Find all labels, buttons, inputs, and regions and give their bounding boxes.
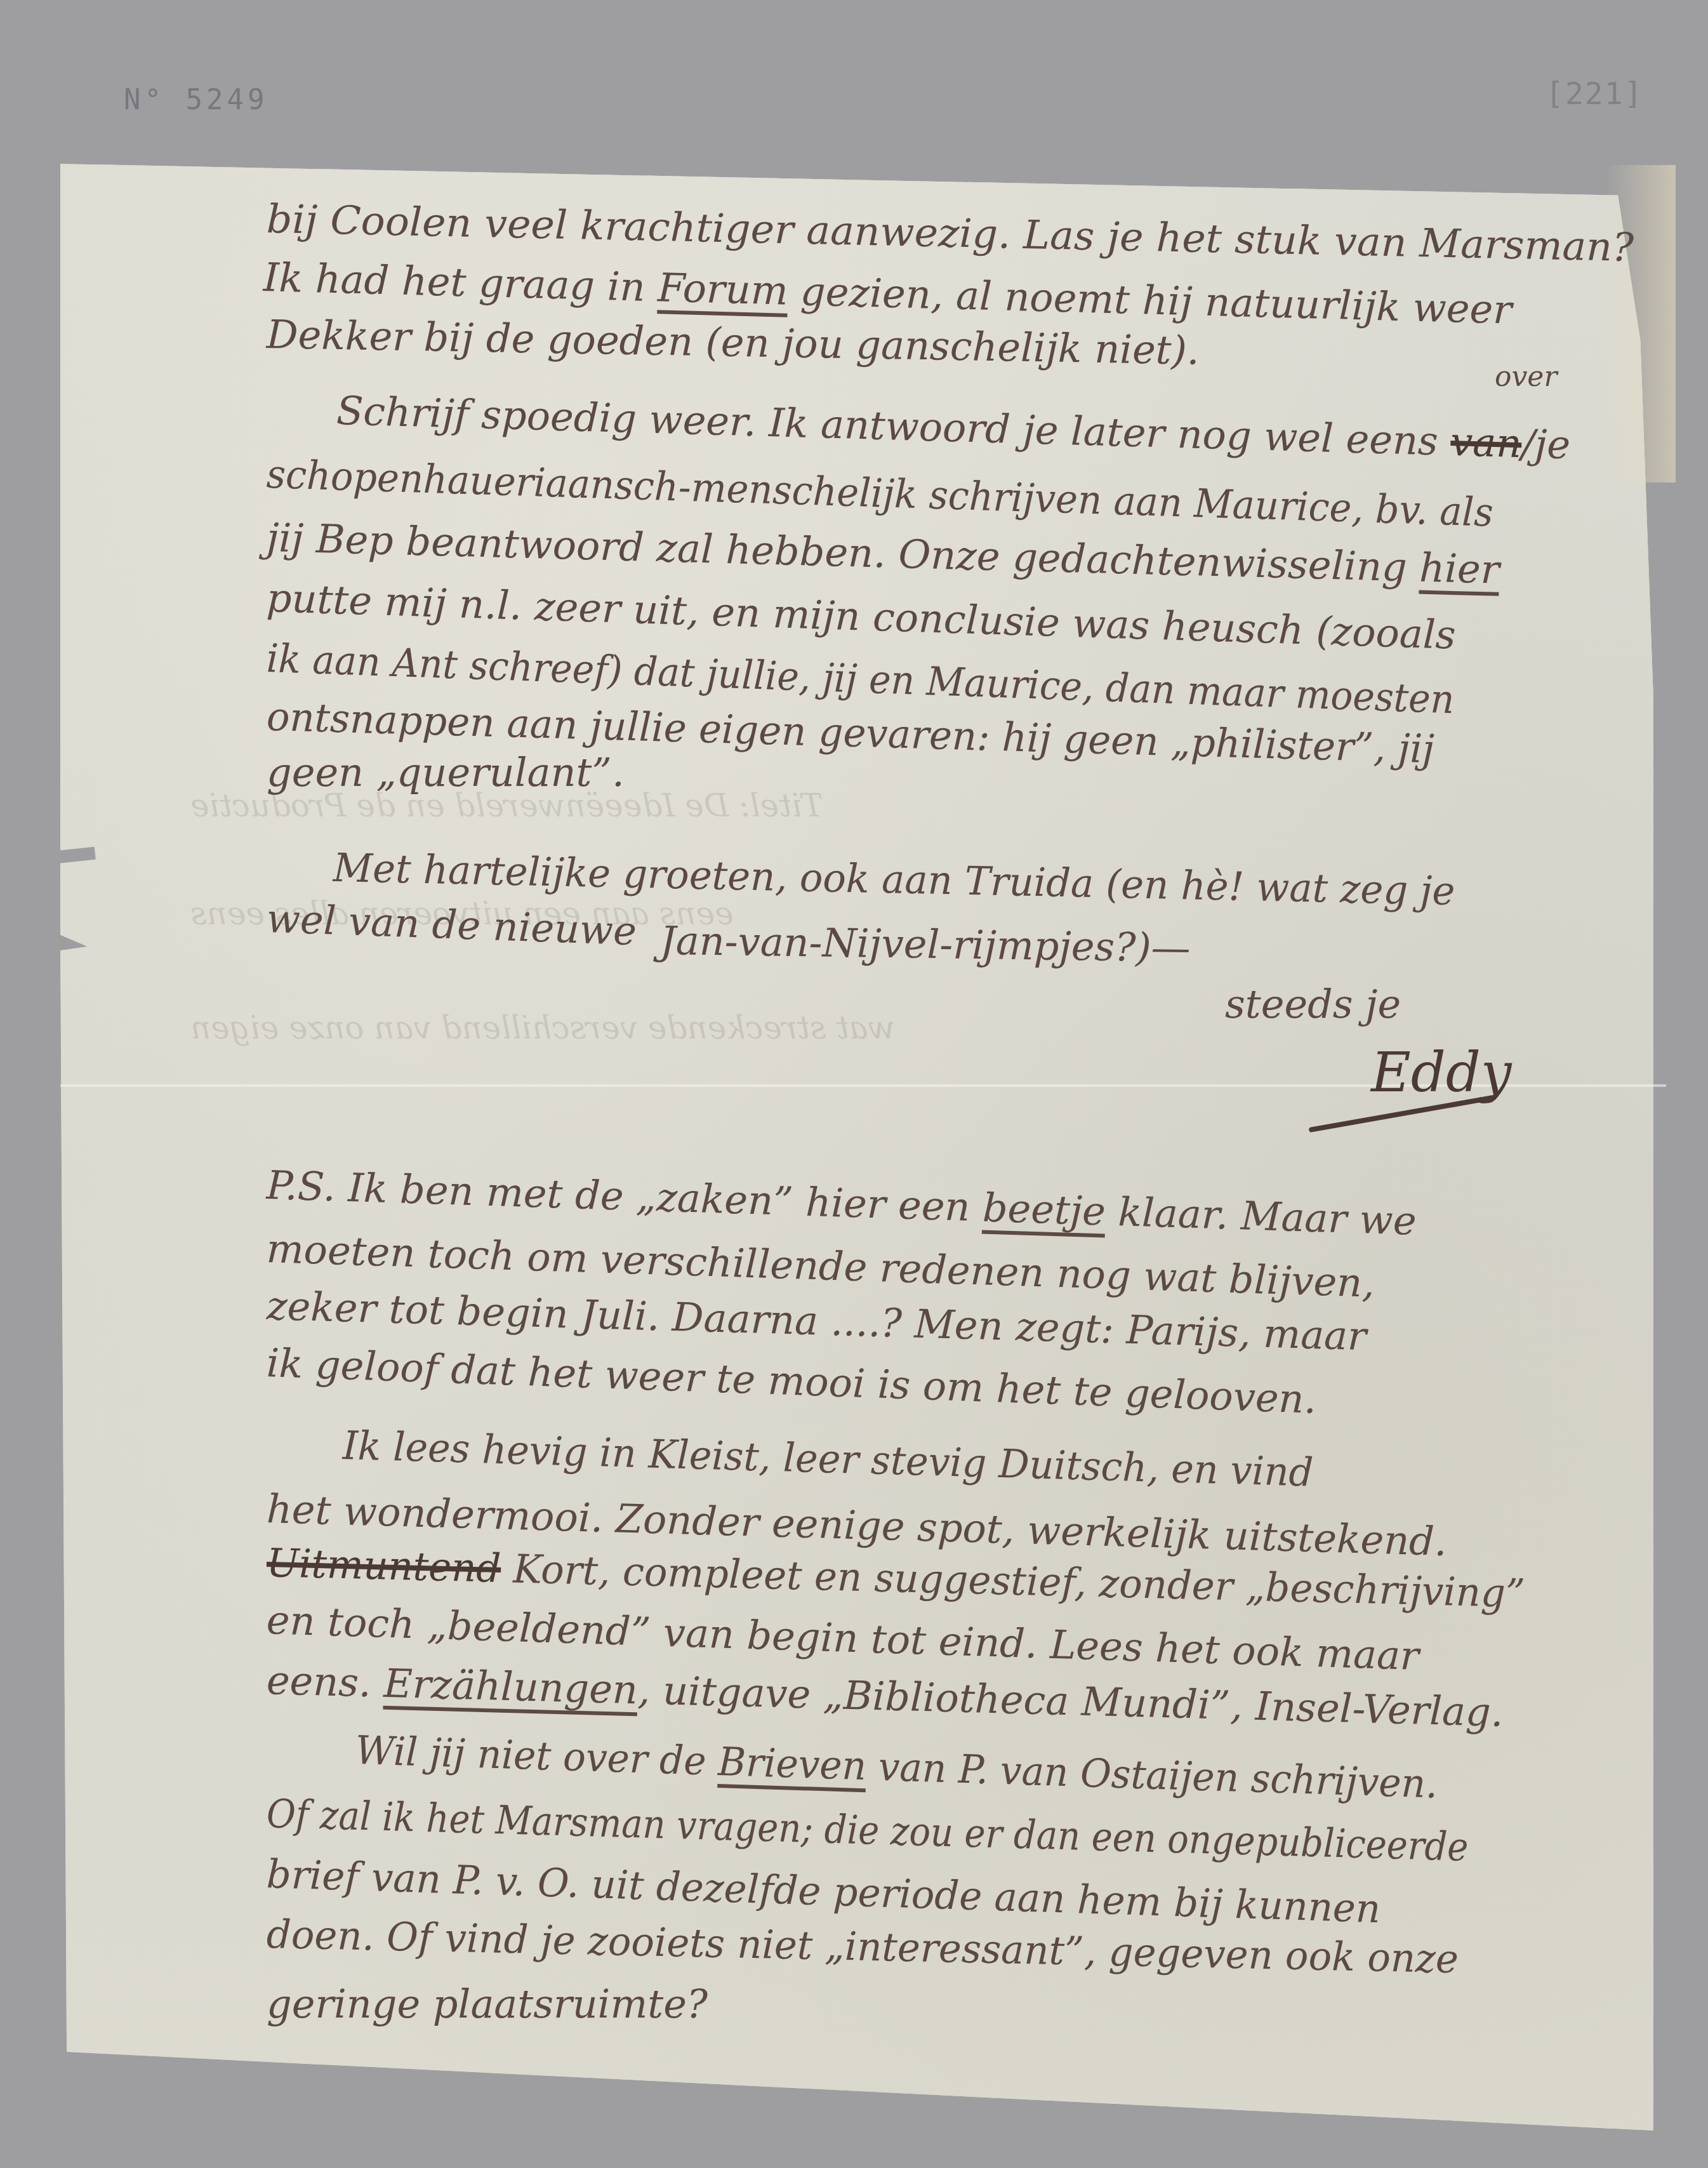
insertion-above: over xyxy=(1495,361,1557,393)
bleed-through-text: wat streckende verschillend van onze eig… xyxy=(190,1009,895,1046)
paper-discoloration xyxy=(1606,165,1676,482)
underlined-word: hier xyxy=(1419,545,1500,593)
letter-line: Jan-van-Nijvel-rijmpjes?)— xyxy=(659,917,1191,971)
underlined-word: Forum xyxy=(657,264,788,314)
letter-line-text: je xyxy=(1534,421,1571,469)
struck-word: Uitmuntend xyxy=(266,1540,501,1592)
postscript-line: geringe plaatsruimte? xyxy=(267,1981,708,2027)
letter-line: geen „querulant”. xyxy=(267,749,625,795)
struck-word: van xyxy=(1450,418,1522,467)
letter-line-text: eens. xyxy=(266,1657,384,1706)
valediction: steeds je xyxy=(1225,981,1401,1027)
letter-line-text: klaar. Maar we xyxy=(1105,1188,1417,1244)
archive-stamp: N° 5249 xyxy=(124,84,268,116)
folio-number: [221] xyxy=(1546,76,1644,112)
underlined-word: beetje xyxy=(982,1184,1106,1234)
underlined-word: Brieven xyxy=(717,1738,867,1789)
underlined-word: Erzählungen xyxy=(383,1660,639,1713)
